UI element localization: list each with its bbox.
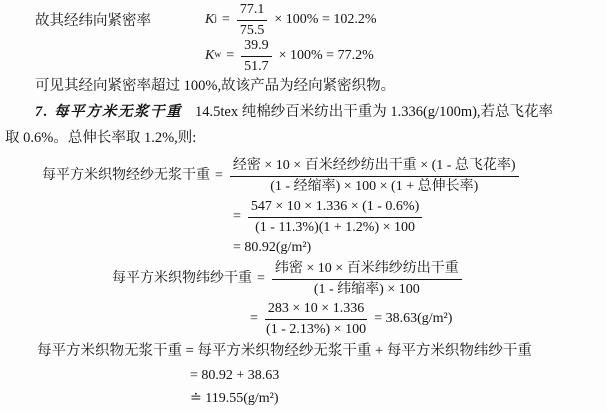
total-step-line: = 80.92 + 38.63	[190, 367, 279, 386]
section7-intro-line1: 7. 每平方米无浆干重 14.5tex 纯棉纱百米纺出干重为 1.336(g/1…	[35, 103, 553, 123]
kw-fraction-denominator: 51.7	[244, 57, 269, 76]
weft-label: 每平方米织物纬纱干重	[112, 270, 252, 289]
kj-result: × 100% = 102.2%	[274, 11, 376, 30]
kw-fraction: 39.9 51.7	[241, 37, 272, 75]
tightness-conclusion: 可见其经向紧密率超过 100%,故该产品为经向紧密织物。	[35, 77, 395, 97]
warp-equals: =	[215, 167, 223, 186]
weft-general-denominator: (1 - 纬缩率) × 100	[314, 280, 420, 299]
warp-general-fraction: 经密 × 10 × 百米经纱纺出干重 × (1 - 总飞花率) (1 - 经缩率…	[230, 157, 519, 195]
warp-result-line: = 80.92(g/m²)	[233, 239, 311, 258]
kj-symbol: K	[205, 11, 214, 30]
warp-substitution-numerator: 547 × 10 × 1.336 × (1 - 0.6%)	[248, 198, 422, 218]
weft-substitution-fraction: 283 × 10 × 1.336 (1 - 2.13%) × 100	[265, 300, 367, 338]
section7-intro-line2: 取 0.6%。总伸长率取 1.2%,则:	[5, 129, 196, 149]
document-page: 故其经纬向紧密率 Kj = 77.1 75.5 × 100% = 102.2% …	[0, 0, 606, 411]
warp-label: 每平方米织物经纱无浆干重	[42, 167, 210, 186]
section7-intro-text1: 14.5tex 纯棉纱百米纺出干重为 1.336(g/100m),若总飞花率	[195, 103, 553, 123]
weft-result-text: = 38.63(g/m²)	[374, 310, 452, 329]
section7-heading: 7. 每平方米无浆干重	[35, 103, 182, 123]
warp-substitution-denominator: (1 - 11.3%)(1 + 1.2%) × 100	[255, 218, 415, 237]
section7-intro-text2: 取 0.6%。总伸长率取 1.2%,则:	[5, 129, 196, 149]
weft-substitution-denominator: (1 - 2.13%) × 100	[266, 320, 366, 339]
kj-equals: =	[222, 11, 230, 30]
total-result-text: ≐ 119.55(g/m²)	[190, 390, 279, 409]
tightness-intro-label: 故其经纬向紧密率	[35, 12, 151, 32]
total-equation-text: 每平方米织物无浆干重 = 每平方米织物经纱无浆干重 + 每平方米织物纬纱干重	[37, 342, 532, 362]
total-step-text: = 80.92 + 38.63	[190, 367, 279, 386]
kw-equals: =	[226, 47, 234, 66]
tightness-intro-text: 故其经纬向紧密率	[35, 12, 151, 32]
weft-substitution-numerator: 283 × 10 × 1.336	[265, 300, 367, 320]
warp-substitution-equation: = 547 × 10 × 1.336 × (1 - 0.6%) (1 - 11.…	[233, 198, 424, 236]
total-result-line: ≐ 119.55(g/m²)	[190, 390, 279, 409]
equation-kw: Kw = 39.9 51.7 × 100% = 77.2%	[205, 37, 374, 75]
weft-substitution-equation: = 283 × 10 × 1.336 (1 - 2.13%) × 100 = 3…	[250, 300, 452, 338]
warp-general-equation: 每平方米织物经纱无浆干重 = 经密 × 10 × 百米经纱纺出干重 × (1 -…	[42, 157, 521, 195]
weft-general-numerator: 纬密 × 10 × 百米纬纱纺出干重	[272, 260, 462, 280]
weft-general-fraction: 纬密 × 10 × 百米纬纱纺出干重 (1 - 纬缩率) × 100	[272, 260, 462, 298]
weft-substitution-equals: =	[250, 310, 258, 329]
total-equation-line: 每平方米织物无浆干重 = 每平方米织物经纱无浆干重 + 每平方米织物纬纱干重	[37, 342, 532, 362]
kw-result: × 100% = 77.2%	[279, 47, 374, 66]
warp-general-denominator: (1 - 经缩率) × 100 × (1 + 总伸长率)	[270, 177, 478, 196]
kw-subscript: w	[214, 51, 221, 61]
weft-general-equation: 每平方米织物纬纱干重 = 纬密 × 10 × 百米纬纱纺出干重 (1 - 纬缩率…	[112, 260, 464, 298]
kj-fraction: 77.1 75.5	[237, 1, 268, 39]
kw-fraction-numerator: 39.9	[241, 37, 272, 57]
kj-subscript: j	[214, 15, 217, 25]
tightness-conclusion-text: 可见其经向紧密率超过 100%,故该产品为经向紧密织物。	[35, 77, 395, 97]
kj-fraction-numerator: 77.1	[237, 1, 268, 21]
equation-kj: Kj = 77.1 75.5 × 100% = 102.2%	[205, 1, 377, 39]
weft-equals: =	[257, 270, 265, 289]
warp-general-numerator: 经密 × 10 × 百米经纱纺出干重 × (1 - 总飞花率)	[230, 157, 519, 177]
kw-symbol: K	[205, 47, 214, 66]
warp-substitution-equals: =	[233, 208, 241, 227]
warp-result-text: = 80.92(g/m²)	[233, 239, 311, 258]
warp-substitution-fraction: 547 × 10 × 1.336 × (1 - 0.6%) (1 - 11.3%…	[248, 198, 422, 236]
